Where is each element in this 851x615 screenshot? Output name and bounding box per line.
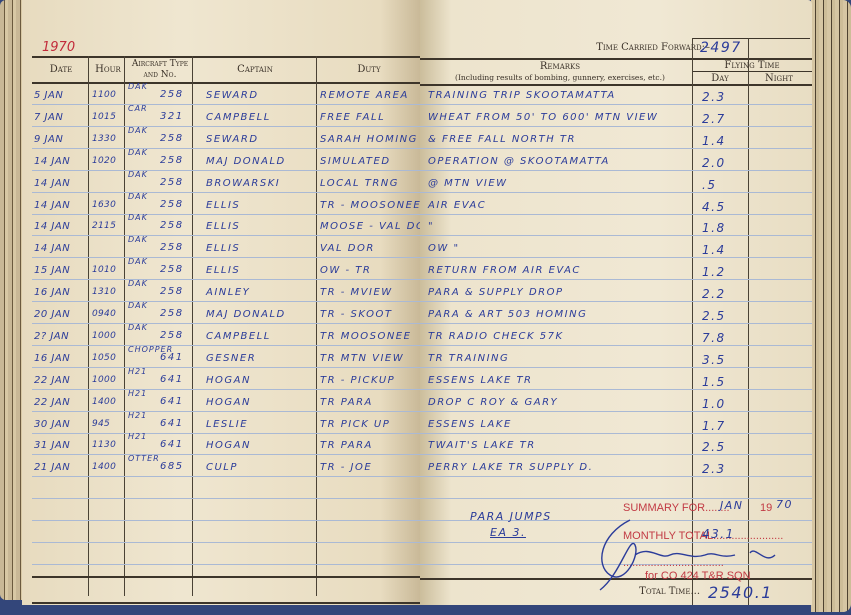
- entry-captain: HOGAN: [206, 375, 251, 386]
- entry-aircraft-number: 641: [160, 352, 184, 363]
- entry-aircraft-number: 258: [160, 308, 184, 319]
- col-header-duty: Duty: [318, 64, 420, 75]
- entry-aircraft-type: DAK: [128, 257, 148, 266]
- col-header-date: Date: [34, 64, 88, 75]
- entry-captain: Campbell: [206, 331, 271, 342]
- signature-scribble: [590, 515, 790, 595]
- entry-aircraft-number: 258: [160, 177, 184, 188]
- ruled-line: [32, 126, 420, 127]
- entry-remarks: TR TRAINING: [428, 353, 509, 364]
- entry-hour: 1100: [92, 90, 116, 100]
- entry-aircraft-type: DAK: [128, 170, 148, 179]
- entry-day-time: 1.4: [702, 243, 726, 257]
- entry-duty: TR - PICKUP: [320, 375, 395, 386]
- entry-aircraft-number: 258: [160, 242, 184, 253]
- entry-duty: REMOTE AREA: [320, 90, 409, 101]
- header-bottom-rule: [32, 82, 420, 84]
- entry-captain: ELLIS: [206, 221, 240, 232]
- entry-aircraft-number: 258: [160, 199, 184, 210]
- entry-duty: TR PICK UP: [320, 419, 390, 430]
- entry-remarks: RETURN FROM AIR EVAC: [428, 265, 581, 276]
- entry-aircraft-number: 258: [160, 330, 184, 341]
- entry-hour: 1330: [92, 134, 116, 144]
- entry-date: 16 JAN: [34, 353, 70, 364]
- entry-hour: 2115: [92, 221, 116, 231]
- entry-duty: TR MOOSONEE: [320, 331, 411, 342]
- entry-captain: HOGAN: [206, 397, 251, 408]
- entry-captain: GESNER: [206, 353, 256, 364]
- entry-remarks: ESSENS LAKE: [428, 419, 512, 430]
- ruled-line: [420, 476, 812, 477]
- ruled-line: [32, 389, 420, 390]
- entry-day-time: 3.5: [702, 353, 726, 367]
- entry-captain: ELLIS: [206, 200, 240, 211]
- entry-day-time: 1.4: [702, 134, 726, 148]
- ruled-line: [32, 433, 420, 434]
- ruled-line: [32, 564, 420, 565]
- entry-aircraft-number: 258: [160, 133, 184, 144]
- ruled-line: [32, 411, 420, 412]
- entry-hour: 1400: [92, 462, 116, 472]
- entry-day-time: 2.3: [702, 90, 726, 104]
- ruled-line: [32, 476, 420, 477]
- entry-captain: SEWARD: [206, 134, 259, 145]
- entry-aircraft-type: DAK: [128, 301, 148, 310]
- ruled-line: [32, 454, 420, 455]
- entry-duty: FREE FALL: [320, 112, 385, 123]
- entry-duty: VAL DOR: [320, 243, 375, 254]
- entry-remarks: PERRY LAKE TR SUPPLY D.: [428, 462, 593, 473]
- entry-aircraft-number: 685: [160, 461, 184, 472]
- ruled-line: [420, 301, 812, 302]
- entry-aircraft-type: OTTER: [128, 454, 160, 463]
- entry-duty: TR - MVIEW: [320, 287, 393, 298]
- ruled-line: [32, 323, 420, 324]
- entry-day-time: 1.2: [702, 265, 726, 279]
- entry-remarks: AIR EVAC: [428, 200, 486, 211]
- ruled-line: [32, 345, 420, 346]
- summary-year-suffix: 70: [776, 498, 793, 511]
- ruled-line: [32, 301, 420, 302]
- entry-remarks: OPERATION @ SKOOTAMATTA: [428, 156, 610, 167]
- entry-remarks: OW ": [428, 243, 460, 254]
- entry-remarks: PARA & ART 503 HOMING: [428, 309, 587, 320]
- entry-date: 2? JAN: [34, 331, 69, 342]
- col-divider: [316, 56, 317, 596]
- header-bottom-rule: [420, 84, 812, 86]
- ruled-line: [32, 170, 420, 171]
- entry-aircraft-type: DAK: [128, 279, 148, 288]
- entry-aircraft-type: H21: [128, 432, 147, 441]
- ruled-line: [32, 498, 420, 499]
- col-divider: [88, 56, 89, 596]
- entry-captain: CAMPBELL: [206, 112, 271, 123]
- entry-remarks: ESSENS LAKE TR: [428, 375, 533, 386]
- summary-month: JAN: [720, 499, 744, 512]
- entry-day-time: 1.0: [702, 397, 726, 411]
- entry-captain: CULP: [206, 462, 238, 473]
- entry-captain: ELLIS: [206, 265, 240, 276]
- total-row-bottom-rule: [32, 602, 420, 604]
- entry-hour: 1020: [92, 156, 116, 166]
- ruled-line: [420, 454, 812, 455]
- col-header-day: Day: [692, 73, 748, 84]
- entry-duty: TR MTN VIEW: [320, 353, 404, 364]
- entry-duty: TR - SKOOT: [320, 309, 393, 320]
- ruled-line: [32, 520, 420, 521]
- logbook-spread: 1970 Date Hour Aircraft Type and No. Cap…: [0, 0, 851, 615]
- entry-captain: SEWARD: [206, 90, 259, 101]
- entry-captain: BROWARSKI: [206, 178, 280, 189]
- entry-date: 5 JAN: [34, 90, 63, 101]
- ruled-line: [420, 389, 812, 390]
- total-row-top-rule: [32, 576, 420, 578]
- entry-date: 14 JAN: [34, 156, 70, 167]
- entry-day-time: 4.5: [702, 200, 726, 214]
- entry-duty: TR - JOE: [320, 462, 372, 473]
- entry-date: 14 JAN: [34, 243, 70, 254]
- entry-day-time: 2.3: [702, 462, 726, 476]
- entry-day-time: 2.0: [702, 156, 726, 170]
- entry-captain: MAJ DONALD: [206, 156, 286, 167]
- entry-remarks: WHEAT FROM 50' TO 600' MTN VIEW: [428, 112, 658, 123]
- entry-remarks: PARA & SUPPLY DROP: [428, 287, 564, 298]
- entry-captain: LESLIE: [206, 419, 248, 430]
- entry-hour: 1050: [92, 353, 116, 363]
- summary-label: SUMMARY FOR........: [623, 502, 730, 514]
- ruled-line: [32, 542, 420, 543]
- entry-date: 22 JAN: [34, 397, 70, 408]
- summary-year-prefix: 19: [760, 502, 772, 514]
- ruled-line: [420, 192, 812, 193]
- ruled-line: [32, 235, 420, 236]
- time-carried-forward-label: Time Carried Forward:–: [530, 42, 710, 53]
- entry-aircraft-number: 641: [160, 374, 184, 385]
- entry-aircraft-type: H21: [128, 389, 147, 398]
- ruled-line: [420, 214, 812, 215]
- ruled-line: [32, 214, 420, 215]
- ruled-line: [420, 411, 812, 412]
- entry-date: 16 JAN: [34, 287, 70, 298]
- entry-aircraft-number: 258: [160, 89, 184, 100]
- carried-box-top: [692, 38, 810, 39]
- entry-duty: TR PARA: [320, 440, 373, 451]
- entry-aircraft-type: DAK: [128, 148, 148, 157]
- ruled-line: [420, 148, 812, 149]
- para-jumps-count: EA 3.: [490, 526, 526, 539]
- entry-hour: 1015: [92, 112, 116, 122]
- entry-date: 14 JAN: [34, 221, 70, 232]
- year-label: 1970: [42, 40, 75, 55]
- col-divider: [124, 56, 125, 596]
- entry-aircraft-number: 258: [160, 286, 184, 297]
- entry-day-time: 1.5: [702, 375, 726, 389]
- entry-day-time: 2.2: [702, 287, 726, 301]
- entry-day-time: 2.5: [702, 309, 726, 323]
- ruled-line: [420, 126, 812, 127]
- entry-duty: OW - TR: [320, 265, 371, 276]
- ruled-line: [420, 498, 812, 499]
- flying-time-split: [692, 71, 812, 72]
- para-jumps-note: PARA JUMPS: [470, 510, 552, 523]
- entry-captain: AINLEY: [206, 287, 250, 298]
- entry-hour: 1630: [92, 200, 116, 210]
- ruled-line: [420, 433, 812, 434]
- entry-aircraft-number: 321: [160, 111, 184, 122]
- entry-date: 22 JAN: [34, 375, 70, 386]
- entry-remarks: TWAIT'S LAKE TR: [428, 440, 536, 451]
- entry-remarks: DROP c ROY & GARY: [428, 397, 558, 408]
- entry-duty: TR PARA: [320, 397, 373, 408]
- ruled-line: [32, 104, 420, 105]
- col-header-hour: Hour: [90, 64, 126, 75]
- entry-hour: 945: [92, 419, 110, 429]
- entry-hour: 1400: [92, 397, 116, 407]
- entry-hour: 1010: [92, 265, 116, 275]
- col-header-remarks-sub: (Including results of bombing, gunnery, …: [430, 72, 690, 83]
- entry-day-time: 2.5: [702, 440, 726, 454]
- ruled-line: [420, 235, 812, 236]
- entry-date: 21 JAN: [34, 462, 70, 473]
- col-header-night: Night: [748, 73, 810, 84]
- entry-aircraft-type: DAK: [128, 235, 148, 244]
- entry-hour: 1000: [92, 375, 116, 385]
- entry-aircraft-type: DAK: [128, 323, 148, 332]
- entry-duty: SIMULATED: [320, 156, 391, 167]
- entry-hour: 1130: [92, 440, 116, 450]
- col-divider: [192, 56, 193, 596]
- col-header-aircraft: Aircraft Type and No.: [126, 59, 194, 81]
- entry-aircraft-type: CAR: [128, 104, 148, 113]
- entry-date: 31 JAN: [34, 440, 70, 451]
- entry-remarks: TR RADIO CHECK 57K: [428, 331, 564, 342]
- entry-aircraft-type: H21: [128, 411, 147, 420]
- entry-aircraft-number: 258: [160, 264, 184, 275]
- entry-aircraft-number: 641: [160, 396, 184, 407]
- ruled-line: [420, 323, 812, 324]
- entry-aircraft-type: H21: [128, 367, 147, 376]
- entry-date: 14 JAN: [34, 178, 70, 189]
- ruled-line: [420, 279, 812, 280]
- entry-date: 7 JAN: [34, 112, 63, 123]
- entry-duty: SARAH HOMING: [320, 134, 418, 145]
- ruled-line: [420, 367, 812, 368]
- col-header-captain: Captain: [194, 64, 316, 75]
- entry-date: 15 JAN: [34, 265, 70, 276]
- entry-hour: 0940: [92, 309, 116, 319]
- entry-day-time: .5: [702, 178, 716, 192]
- entry-date: 9 JAN: [34, 134, 63, 145]
- entry-remarks: ": [428, 221, 434, 232]
- entry-duty: TR - MOOSONEE: [320, 200, 420, 211]
- entry-aircraft-number: 641: [160, 439, 184, 450]
- entry-remarks: TRAINING TRIP SKOOTAMATTA: [428, 90, 616, 101]
- entry-aircraft-type: DAK: [128, 82, 148, 91]
- entry-remarks: & FREE FALL NORTH TR: [428, 134, 576, 145]
- entry-hour: 1000: [92, 331, 116, 341]
- ruled-line: [32, 279, 420, 280]
- entry-aircraft-type: DAK: [128, 126, 148, 135]
- ruled-line: [420, 170, 812, 171]
- entry-captain: MAJ DONALD: [206, 309, 286, 320]
- entry-duty: MOOSE - VAL DOR: [320, 221, 420, 232]
- entry-date: 30 JAN: [34, 419, 70, 430]
- entry-date: 20 JAN: [34, 309, 70, 320]
- header-top-rule: [32, 56, 420, 58]
- time-carried-forward-value: 2497: [700, 40, 742, 56]
- ruled-line: [32, 192, 420, 193]
- entry-day-time: 1.7: [702, 419, 726, 433]
- col-header-remarks: Remarks: [440, 61, 680, 72]
- right-page-edges: [811, 0, 851, 612]
- ruled-line: [32, 148, 420, 149]
- entry-day-time: 1.8: [702, 221, 726, 235]
- entry-captain: ELLIS: [206, 243, 240, 254]
- entry-aircraft-type: DAK: [128, 192, 148, 201]
- ruled-line: [32, 367, 420, 368]
- ruled-line: [420, 104, 812, 105]
- left-page: 1970 Date Hour Aircraft Type and No. Cap…: [22, 0, 420, 605]
- entry-date: 14 JAN: [34, 200, 70, 211]
- entry-day-time: 7.8: [702, 331, 726, 345]
- entry-duty: LOCAL TRNG: [320, 178, 399, 189]
- entry-aircraft-number: 641: [160, 418, 184, 429]
- entry-remarks: @ MTN VIEW: [428, 178, 508, 189]
- ruled-line: [32, 257, 420, 258]
- entry-captain: HOGAN: [206, 440, 251, 451]
- col-header-flying-time: Flying Time: [692, 60, 812, 71]
- entry-aircraft-number: 258: [160, 220, 184, 231]
- entry-hour: 1310: [92, 287, 116, 297]
- entry-aircraft-type: DAK: [128, 213, 148, 222]
- entry-aircraft-number: 258: [160, 155, 184, 166]
- ruled-line: [420, 257, 812, 258]
- entry-day-time: 2.7: [702, 112, 726, 126]
- ruled-line: [420, 345, 812, 346]
